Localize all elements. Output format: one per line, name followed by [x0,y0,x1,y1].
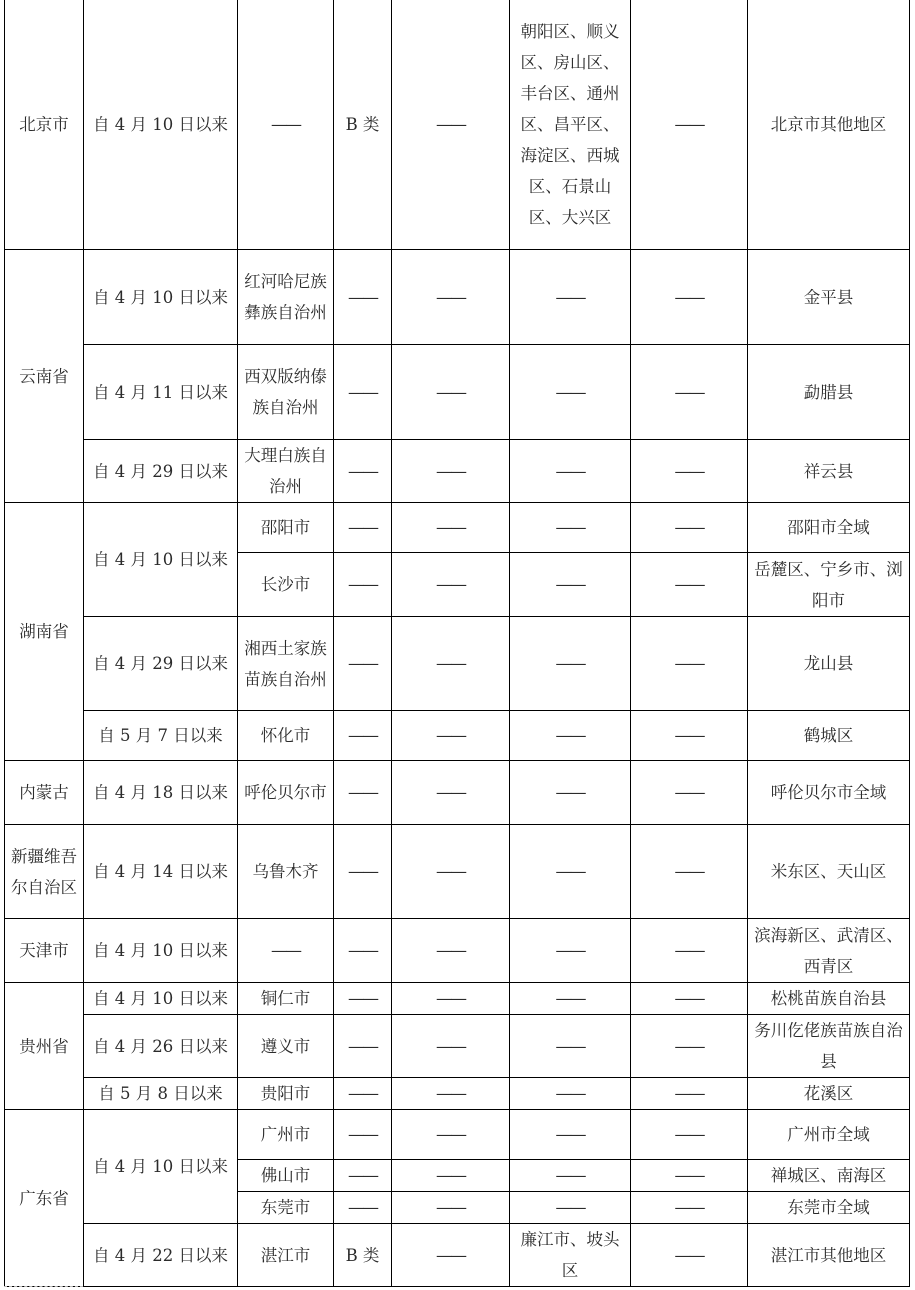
cell: —— [392,761,510,825]
district-list-cell: 廉江市、坡头区 [510,1224,631,1287]
cell: —— [631,0,748,250]
cell: —— [392,1192,510,1224]
cell: —— [631,1192,748,1224]
area-cell: 米东区、天山区 [748,825,910,919]
cell: —— [334,250,392,345]
city-cell: 湘西土家族苗族自治州 [238,617,334,711]
table-row: 天津市 自 4 月 10 日以来 —— —— —— —— —— 滨海新区、武清区… [5,919,910,983]
city-cell: 邵阳市 [238,503,334,553]
table-row: 广东省 自 4 月 10 日以来 广州市 —— —— —— —— 广州市全域 [5,1110,910,1160]
area-cell: 勐腊县 [748,345,910,440]
cell: —— [334,983,392,1015]
since-cell: 自 5 月 8 日以来 [84,1078,238,1110]
area-cell: 松桃苗族自治县 [748,983,910,1015]
area-cell: 鹤城区 [748,711,910,761]
since-cell: 自 4 月 10 日以来 [84,1110,238,1224]
cell: —— [510,440,631,503]
cell: —— [392,1015,510,1078]
cell: —— [510,983,631,1015]
cell: —— [631,1224,748,1287]
cell: —— [334,440,392,503]
cell: —— [392,711,510,761]
cell: —— [510,503,631,553]
province-cell: 天津市 [5,919,84,983]
cell: —— [631,711,748,761]
cell: —— [334,1015,392,1078]
cell: —— [510,1110,631,1160]
cell: —— [334,553,392,617]
cell: —— [631,440,748,503]
city-cell: 红河哈尼族彝族自治州 [238,250,334,345]
cell: —— [510,1015,631,1078]
cell: —— [334,761,392,825]
table-row: 自 5 月 7 日以来 怀化市 —— —— —— —— 鹤城区 [5,711,910,761]
area-cell: 滨海新区、武清区、西青区 [748,919,910,983]
city-cell: 怀化市 [238,711,334,761]
table-row: 贵州省 自 4 月 10 日以来 铜仁市 —— —— —— —— 松桃苗族自治县 [5,983,910,1015]
area-cell: 邵阳市全域 [748,503,910,553]
city-cell: 长沙市 [238,553,334,617]
cell: —— [392,250,510,345]
since-cell: 自 4 月 10 日以来 [84,983,238,1015]
city-cell: 西双版纳傣族自治州 [238,345,334,440]
cell: —— [392,553,510,617]
cell: —— [334,1078,392,1110]
city-cell: —— [238,919,334,983]
cell: —— [392,617,510,711]
category-cell: B 类 [334,0,392,250]
cell: —— [334,617,392,711]
cell: —— [631,1110,748,1160]
city-cell: 广州市 [238,1110,334,1160]
city-cell: 东莞市 [238,1192,334,1224]
province-cell: 北京市 [5,0,84,250]
province-cell: 广东省 [5,1110,84,1287]
district-list-cell: 朝阳区、顺义区、房山区、丰台区、通州区、昌平区、海淀区、西城区、石景山区、大兴区 [510,0,631,250]
cell: —— [631,1015,748,1078]
since-cell: 自 4 月 14 日以来 [84,825,238,919]
cell: —— [510,617,631,711]
cell: —— [392,919,510,983]
cell: —— [631,919,748,983]
table-row: 自 4 月 29 日以来 大理白族自治州 —— —— —— —— 祥云县 [5,440,910,503]
area-cell: 岳麓区、宁乡市、浏阳市 [748,553,910,617]
city-cell: 大理白族自治州 [238,440,334,503]
since-cell: 自 4 月 29 日以来 [84,617,238,711]
table-row: 自 4 月 11 日以来 西双版纳傣族自治州 —— —— —— —— 勐腊县 [5,345,910,440]
since-cell: 自 4 月 29 日以来 [84,440,238,503]
cell: —— [392,1224,510,1287]
city-cell: 铜仁市 [238,983,334,1015]
table-row: 自 4 月 22 日以来 湛江市 B 类 —— 廉江市、坡头区 —— 湛江市其他… [5,1224,910,1287]
since-cell: 自 4 月 10 日以来 [84,250,238,345]
table-row: 北京市 自 4 月 10 日以来 —— B 类 —— 朝阳区、顺义区、房山区、丰… [5,0,910,250]
table-row: 新疆维吾尔自治区 自 4 月 14 日以来 乌鲁木齐 —— —— —— —— 米… [5,825,910,919]
cell: —— [510,345,631,440]
area-cell: 龙山县 [748,617,910,711]
area-cell: 祥云县 [748,440,910,503]
table-row: 自 4 月 26 日以来 遵义市 —— —— —— —— 务川仡佬族苗族自治县 [5,1015,910,1078]
cell: —— [631,503,748,553]
cell: —— [392,345,510,440]
cell: —— [510,761,631,825]
cell: —— [392,0,510,250]
cell: —— [392,1160,510,1192]
cell: —— [631,983,748,1015]
cell: —— [631,825,748,919]
cell: —— [510,919,631,983]
cell: —— [392,1078,510,1110]
table-row: 湖南省 自 4 月 10 日以来 邵阳市 —— —— —— —— 邵阳市全域 [5,503,910,553]
cell: —— [631,345,748,440]
since-cell: 自 4 月 22 日以来 [84,1224,238,1287]
cell: —— [334,503,392,553]
area-cell: 北京市其他地区 [748,0,910,250]
cell: —— [631,1078,748,1110]
cell: —— [392,983,510,1015]
cell: —— [392,1110,510,1160]
table-row: 云南省 自 4 月 10 日以来 红河哈尼族彝族自治州 —— —— —— —— … [5,250,910,345]
city-cell: 贵阳市 [238,1078,334,1110]
cell: —— [631,617,748,711]
area-cell: 花溪区 [748,1078,910,1110]
area-cell: 湛江市其他地区 [748,1224,910,1287]
province-cell: 贵州省 [5,983,84,1110]
cell: —— [510,1078,631,1110]
category-cell: B 类 [334,1224,392,1287]
cell: —— [334,1160,392,1192]
page-break-line [4,1286,83,1287]
cell: —— [631,250,748,345]
since-cell: 自 4 月 11 日以来 [84,345,238,440]
table-row: 内蒙古 自 4 月 18 日以来 呼伦贝尔市 —— —— —— —— 呼伦贝尔市… [5,761,910,825]
cell: —— [392,825,510,919]
city-cell: 呼伦贝尔市 [238,761,334,825]
city-cell: 遵义市 [238,1015,334,1078]
cell: —— [510,553,631,617]
cell: —— [631,553,748,617]
province-cell: 新疆维吾尔自治区 [5,825,84,919]
since-cell: 自 4 月 10 日以来 [84,0,238,250]
since-cell: 自 4 月 10 日以来 [84,919,238,983]
since-cell: 自 4 月 18 日以来 [84,761,238,825]
cell: —— [334,1192,392,1224]
since-cell: 自 4 月 26 日以来 [84,1015,238,1078]
cell: —— [334,919,392,983]
area-cell: 东莞市全域 [748,1192,910,1224]
cell: —— [334,711,392,761]
cell: —— [510,825,631,919]
cell: —— [510,711,631,761]
risk-area-table: 北京市 自 4 月 10 日以来 —— B 类 —— 朝阳区、顺义区、房山区、丰… [4,0,910,1287]
province-cell: 湖南省 [5,503,84,761]
province-cell: 云南省 [5,250,84,503]
cell: —— [510,1192,631,1224]
city-cell: 乌鲁木齐 [238,825,334,919]
cell: —— [334,345,392,440]
cell: —— [334,825,392,919]
cell: —— [392,440,510,503]
cell: —— [334,1110,392,1160]
cell: —— [510,1160,631,1192]
cell: —— [510,250,631,345]
area-cell: 广州市全域 [748,1110,910,1160]
area-cell: 务川仡佬族苗族自治县 [748,1015,910,1078]
table-row: 自 5 月 8 日以来 贵阳市 —— —— —— —— 花溪区 [5,1078,910,1110]
since-cell: 自 5 月 7 日以来 [84,711,238,761]
area-cell: 金平县 [748,250,910,345]
since-cell: 自 4 月 10 日以来 [84,503,238,617]
city-cell: 佛山市 [238,1160,334,1192]
cell: —— [392,503,510,553]
city-cell: —— [238,0,334,250]
city-cell: 湛江市 [238,1224,334,1287]
area-cell: 呼伦贝尔市全域 [748,761,910,825]
area-cell: 禅城区、南海区 [748,1160,910,1192]
cell: —— [631,1160,748,1192]
province-cell: 内蒙古 [5,761,84,825]
cell: —— [631,761,748,825]
table-row: 自 4 月 29 日以来 湘西土家族苗族自治州 —— —— —— —— 龙山县 [5,617,910,711]
